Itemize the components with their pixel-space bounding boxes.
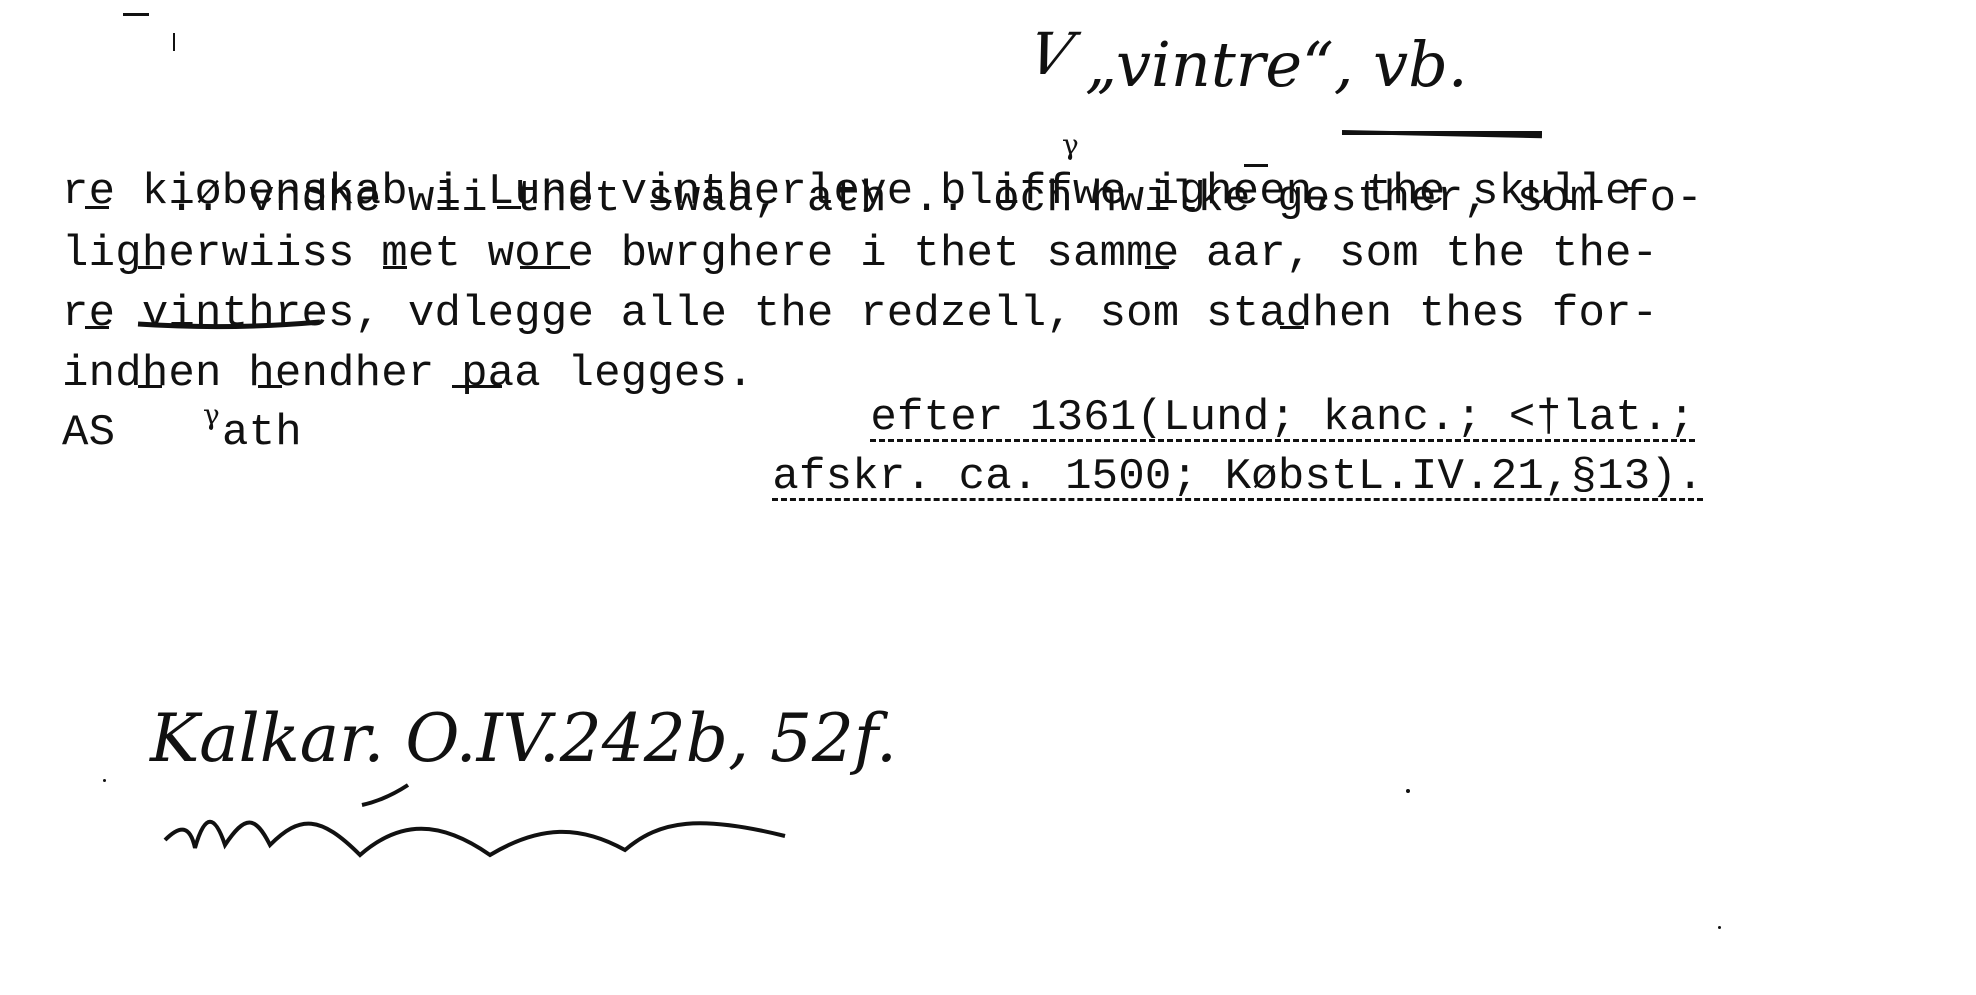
- speck: [103, 779, 106, 782]
- wavy-underline: [0, 0, 1976, 995]
- speck: [1406, 789, 1410, 793]
- document-card: V „vintre“, vb. .. vndhe wii thet swaa, …: [0, 0, 1976, 995]
- speck: [1718, 926, 1721, 929]
